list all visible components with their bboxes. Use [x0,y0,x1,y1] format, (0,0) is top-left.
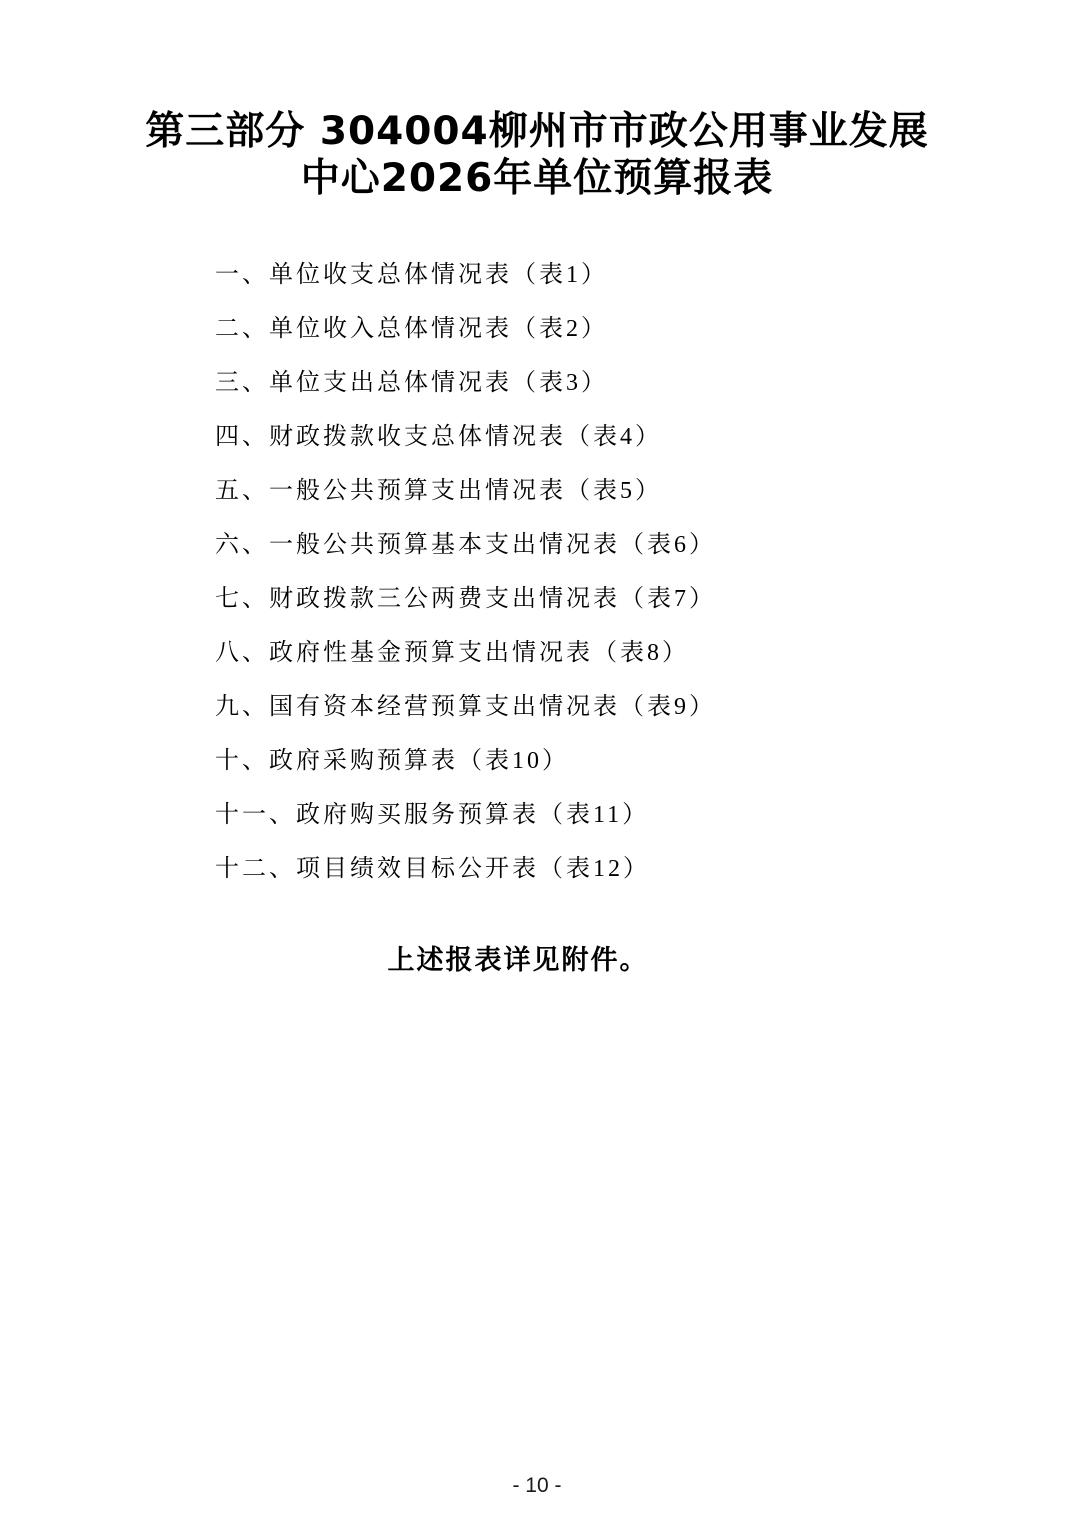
toc-item-1: 一、单位收支总体情况表（表1） [215,248,1014,302]
toc-item-6: 六、一般公共预算基本支出情况表（表6） [215,518,1014,572]
page-title: 第三部分 304004柳州市市政公用事业发展 中心2026年单位预算报表 [0,0,1074,202]
toc-item-11: 十一、政府购买服务预算表（表11） [215,788,1014,842]
toc-item-12: 十二、项目绩效目标公开表（表12） [215,842,1014,896]
toc-item-10: 十、政府采购预算表（表10） [215,734,1014,788]
toc-item-5: 五、一般公共预算支出情况表（表5） [215,464,1014,518]
toc-item-3: 三、单位支出总体情况表（表3） [215,356,1014,410]
toc-item-4: 四、财政拨款收支总体情况表（表4） [215,410,1014,464]
toc-item-9: 九、国有资本经营预算支出情况表（表9） [215,680,1014,734]
toc-item-7: 七、财政拨款三公两费支出情况表（表7） [215,572,1014,626]
document-page: 第三部分 304004柳州市市政公用事业发展 中心2026年单位预算报表 一、单… [0,0,1074,1520]
page-number: - 10 - [0,1474,1074,1498]
page-title-line-2: 中心2026年单位预算报表 [0,155,1074,202]
toc-item-2: 二、单位收入总体情况表（表2） [215,302,1014,356]
toc-item-8: 八、政府性基金预算支出情况表（表8） [215,626,1014,680]
attachment-note: 上述报表详见附件。 [0,944,1074,976]
table-of-contents: 一、单位收支总体情况表（表1） 二、单位收入总体情况表（表2） 三、单位支出总体… [215,248,1014,896]
page-title-line-1: 第三部分 304004柳州市市政公用事业发展 [0,108,1074,155]
